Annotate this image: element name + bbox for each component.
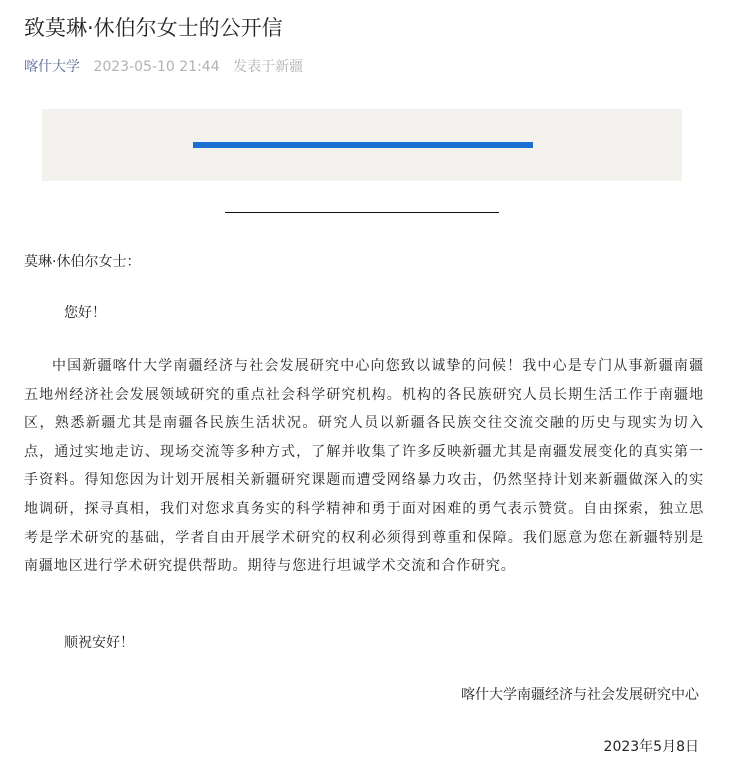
publish-location: 发表于新疆 [233,59,303,75]
letter-closing: 顺祝安好！ [64,632,134,654]
letter-greeting: 您好！ [64,302,106,324]
article-meta: 喀什大学 2023-05-10 21:44 发表于新疆 [24,56,303,78]
author-link[interactable]: 喀什大学 [24,59,80,75]
letter-body: 中国新疆喀什大学南疆经济与社会发展研究中心向您致以诚挚的问候！我中心是专门从事新… [24,352,704,581]
letter-signature: 喀什大学南疆经济与社会发展研究中心 [461,684,699,706]
banner-accent-bar [193,142,533,148]
publish-time: 2023-05-10 21:44 [93,59,219,75]
section-divider [225,212,499,213]
header-banner-image [42,109,682,181]
article-title: 致莫琳·休伯尔女士的公开信 [24,12,283,44]
letter-salutation: 莫琳·休伯尔女士： [24,251,140,273]
letter-date: 2023年5月8日 [604,736,699,758]
